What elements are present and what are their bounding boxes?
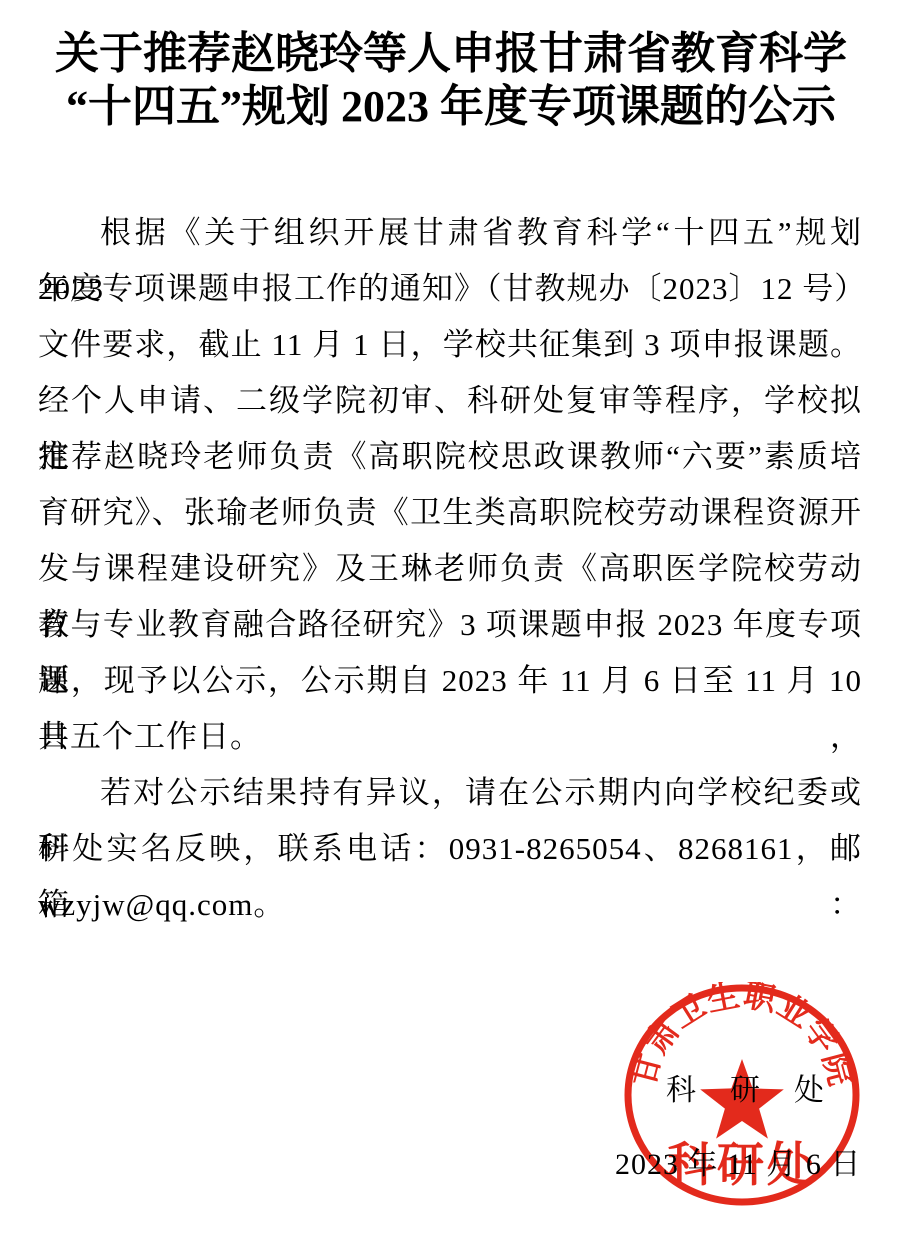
document-title-line-1: 关于推荐赵晓玲等人申报甘肃省教育科学: [0, 27, 902, 80]
document-title-line-2: “十四五”规划 2023 年度专项课题的公示: [0, 80, 902, 133]
body-line: 文件要求，截止 11 月 1 日，学校共征集到 3 项申报课题。: [38, 317, 862, 373]
official-seal-stamp: 甘肃卫生职业学院 科研处: [622, 982, 862, 1210]
body-line: 研处实名反映，联系电话：0931-8265054、8268161，邮箱：: [38, 821, 862, 877]
seal-department-text: 科研处: [667, 1140, 817, 1192]
body-line: 育研究》、张瑜老师负责《卫生类高职院校劳动课程资源开: [38, 485, 862, 541]
body-line: 推荐赵晓玲老师负责《高职院校思政课教师“六要”素质培: [38, 429, 862, 485]
body-line: 根据《关于组织开展甘肃省教育科学“十四五”规划 2023: [38, 205, 862, 261]
star-icon: [700, 1059, 784, 1139]
document-title: 关于推荐赵晓玲等人申报甘肃省教育科学 “十四五”规划 2023 年度专项课题的公…: [0, 27, 902, 133]
body-line: 育与专业教育融合路径研究》3 项课题申报 2023 年度专项课: [38, 597, 862, 653]
body-line: 发与课程建设研究》及王琳老师负责《高职医学院校劳动教: [38, 541, 862, 597]
body-line: 经个人申请、二级学院初审、科研处复审等程序，学校拟定: [38, 373, 862, 429]
document-body: 根据《关于组织开展甘肃省教育科学“十四五”规划 2023 年度专项课题申报工作的…: [38, 205, 862, 933]
body-line: 若对公示结果持有异议，请在公示期内向学校纪委或科: [38, 765, 862, 821]
body-line: 年度专项课题申报工作的通知》（甘教规办〔2023〕12 号）: [38, 261, 862, 317]
body-line: 题，现予以公示，公示期自 2023 年 11 月 6 日至 11 月 10 日，: [38, 653, 862, 709]
document-page: 关于推荐赵晓玲等人申报甘肃省教育科学 “十四五”规划 2023 年度专项课题的公…: [0, 0, 902, 1246]
